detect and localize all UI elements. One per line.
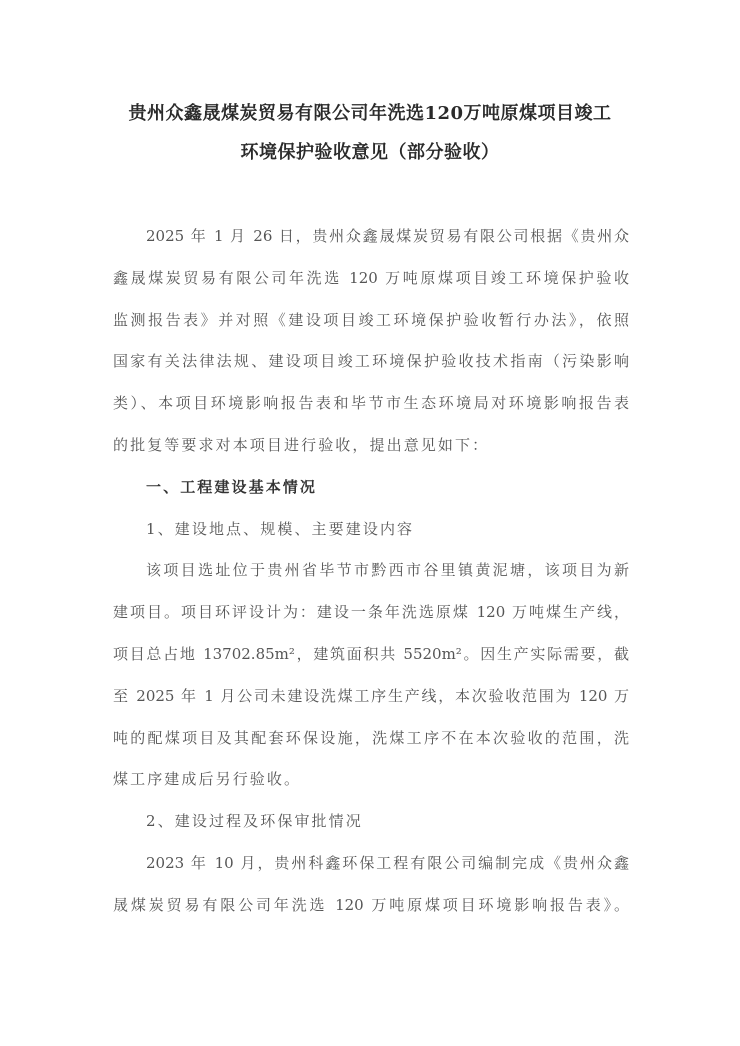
document-page: 贵州众鑫晟煤炭贸易有限公司年洗选120万吨原煤项目竣工 环境保护验收意见（部分验…: [0, 0, 740, 1046]
body-line: 的批复等要求对本项目进行验收，提出意见如下：: [113, 425, 629, 467]
subsection-heading: 2、建设过程及环保审批情况: [113, 801, 629, 843]
body-line: 监测报告表》并对照《建设项目竣工环境保护验收暂行办法》，依照: [113, 300, 629, 342]
body-line: 国家有关法律法规、建设项目竣工环境保护验收技术指南（污染影响: [113, 341, 629, 383]
body-line: 2025 年 1 月 26 日，贵州众鑫晟煤炭贸易有限公司根据《贵州众: [113, 216, 629, 258]
body-line: 晟煤炭贸易有限公司年洗选 120 万吨原煤项目环境影响报告表》。: [113, 885, 629, 927]
body-line: 鑫晟煤炭贸易有限公司年洗选 120 万吨原煤项目竣工环境保护验收: [113, 258, 629, 300]
body-line: 项目总占地 13702.85m²，建筑面积共 5520m²。因生产实际需要，截: [113, 634, 629, 676]
document-title-line-1: 贵州众鑫晟煤炭贸易有限公司年洗选120万吨原煤项目竣工: [100, 99, 640, 125]
body-line: 吨的配煤项目及其配套环保设施，洗煤工序不在本次验收的范围，洗: [113, 718, 629, 760]
document-title-line-2: 环境保护验收意见（部分验收）: [100, 138, 640, 164]
section-heading: 一、工程建设基本情况: [113, 467, 629, 509]
body-line: 至 2025 年 1 月公司未建设洗煤工序生产线，本次验收范围为 120 万: [113, 676, 629, 718]
body-line: 建项目。项目环评设计为：建设一条年洗选原煤 120 万吨煤生产线，: [113, 592, 629, 634]
body-line: 该项目选址位于贵州省毕节市黔西市谷里镇黄泥塘，该项目为新: [113, 550, 629, 592]
body-line: 2023 年 10 月，贵州科鑫环保工程有限公司编制完成《贵州众鑫: [113, 843, 629, 885]
subsection-heading: 1、建设地点、规模、主要建设内容: [113, 509, 629, 551]
body-line: 类）、本项目环境影响报告表和毕节市生态环境局对环境影响报告表: [113, 383, 629, 425]
document-body: 2025 年 1 月 26 日，贵州众鑫晟煤炭贸易有限公司根据《贵州众 鑫晟煤炭…: [113, 216, 629, 927]
body-line: 煤工序建成后另行验收。: [113, 759, 629, 801]
